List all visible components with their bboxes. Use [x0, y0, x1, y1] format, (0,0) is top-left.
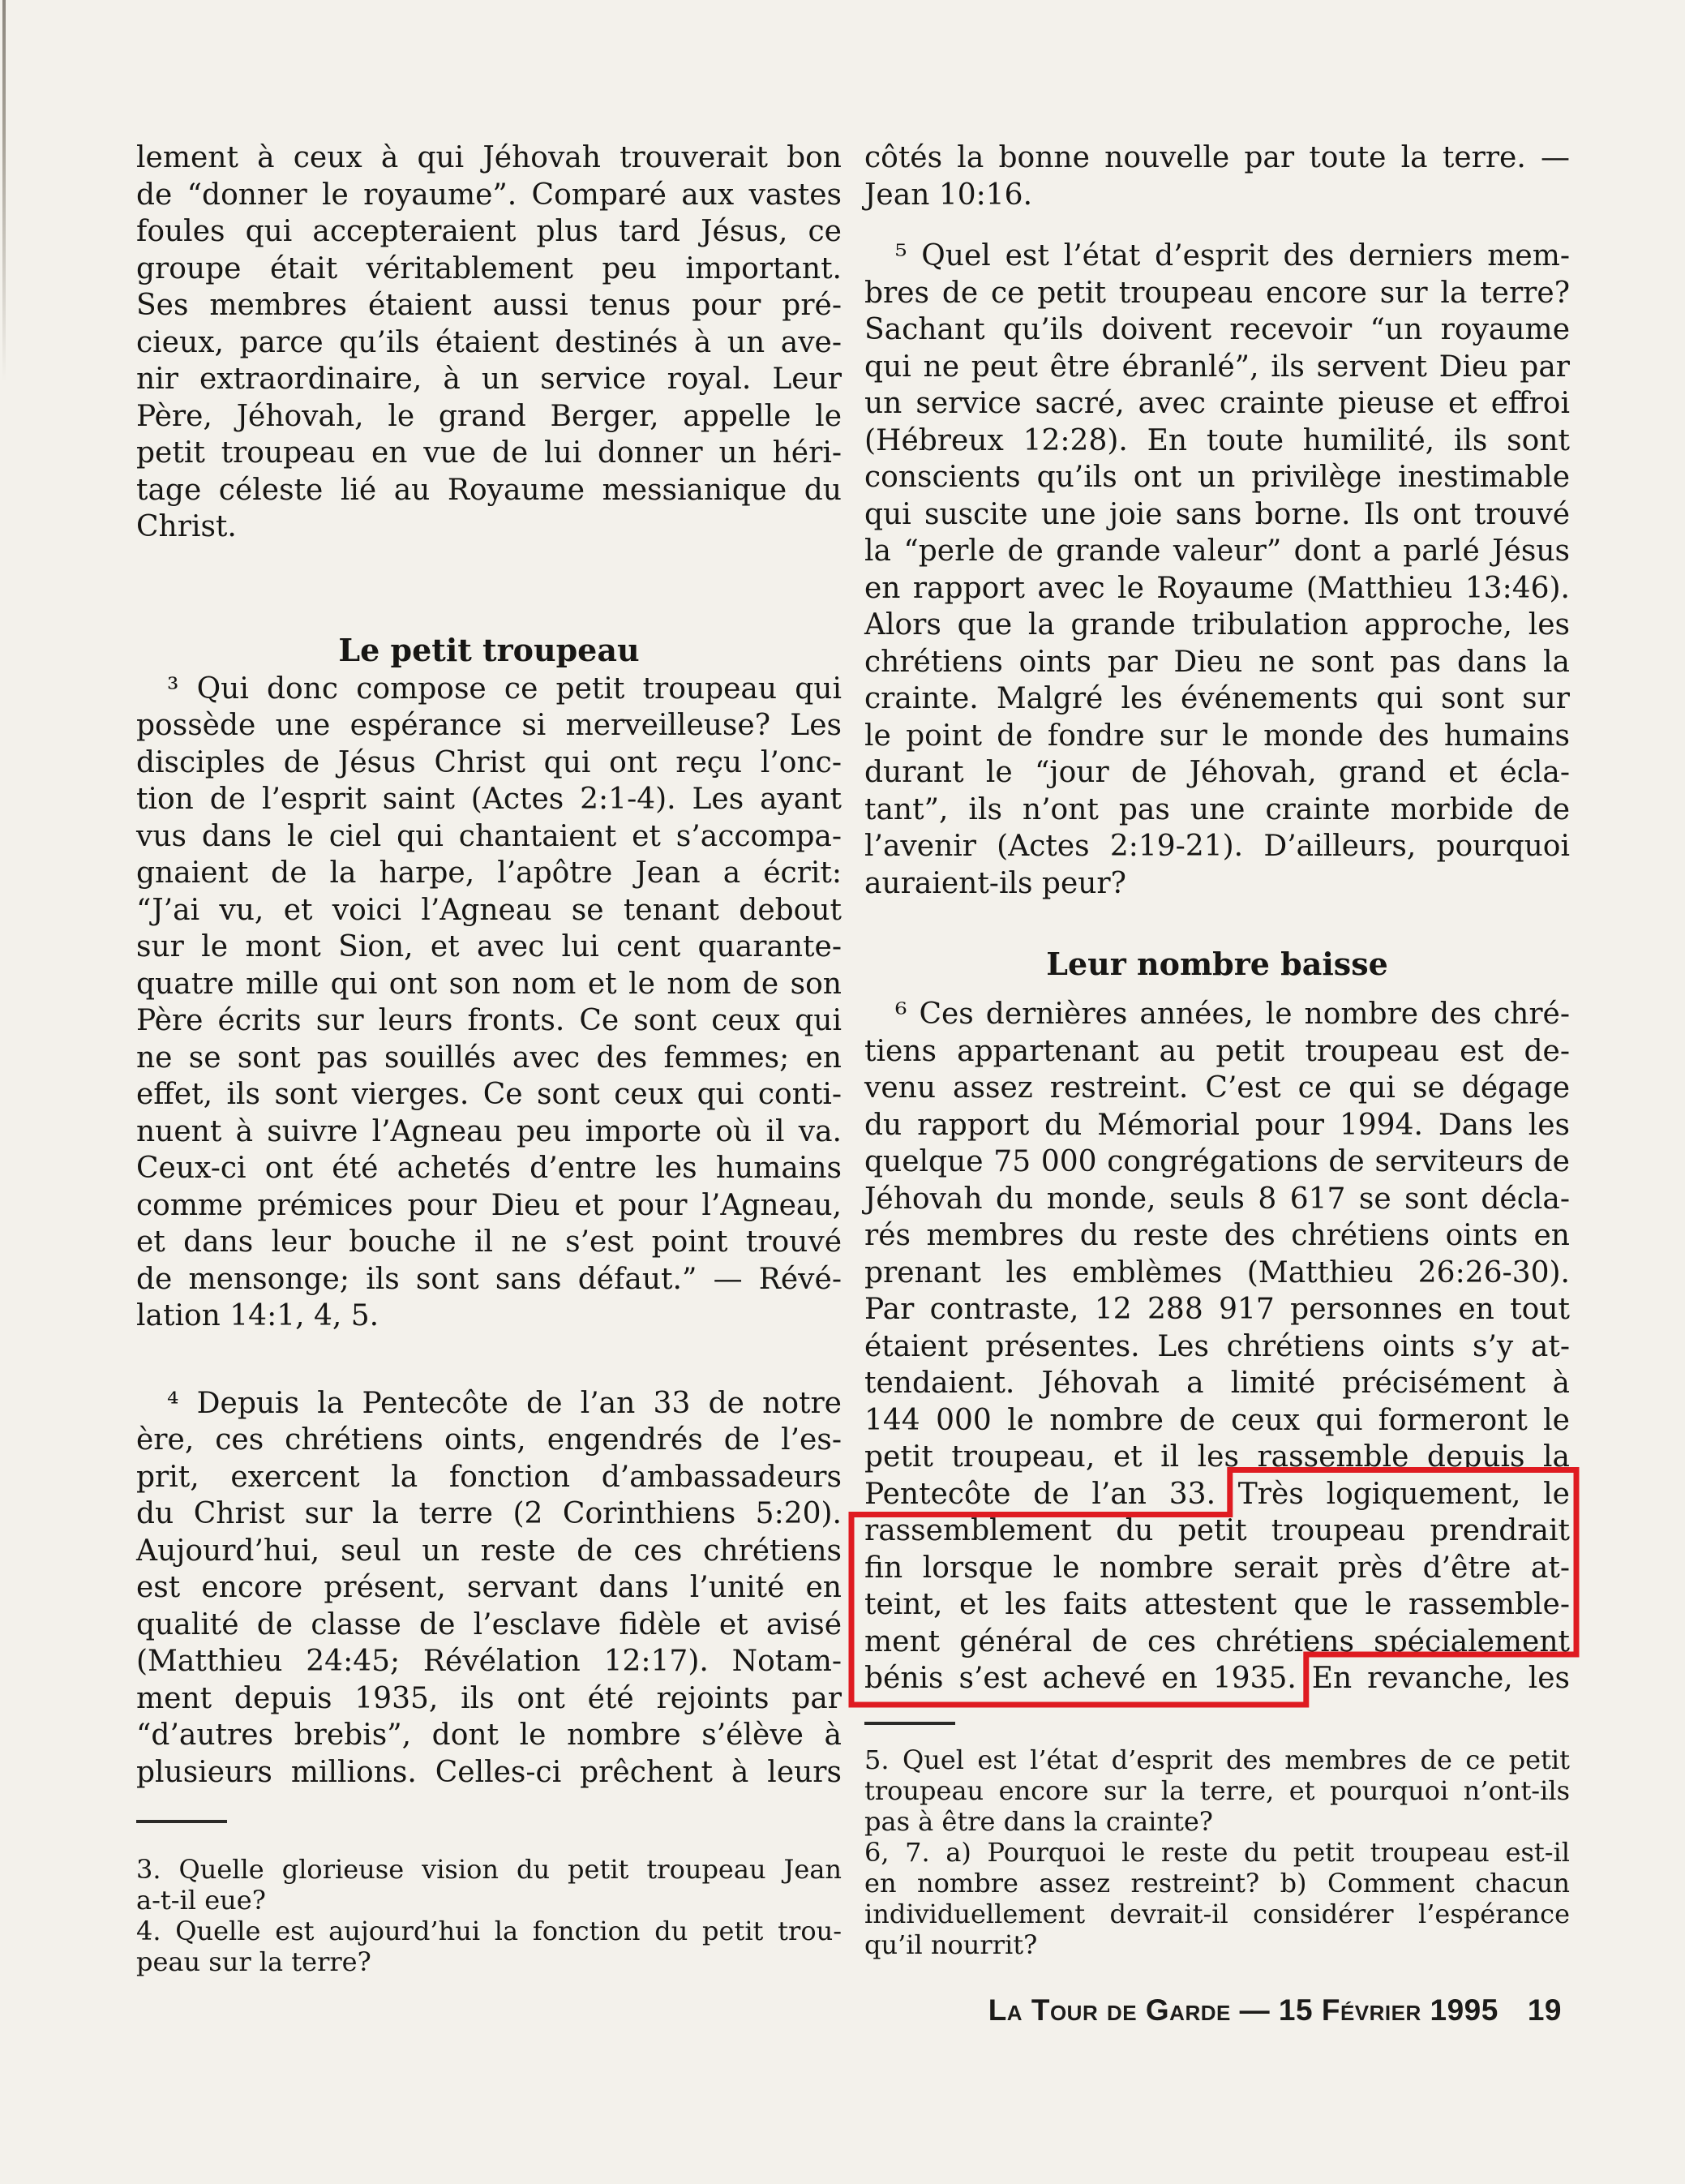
text-line: 5. Quel est l’état d’esprit des membres … [864, 1744, 1570, 1775]
text-line: Aujourd’hui, seul un reste de ces chréti… [136, 1533, 842, 1570]
text-line: Par contraste, 12 288 917 personnes en t… [864, 1291, 1570, 1328]
footnote-5: 5. Quel est l’état d’esprit des membres … [864, 1744, 1570, 1837]
text-line: étaient présentes. Les chrétiens oints s… [864, 1328, 1570, 1366]
text-line: disciples de Jésus Christ qui ont reçu l… [136, 744, 842, 782]
text-line: tendaient. Jéhovah a limité précisément … [864, 1365, 1570, 1402]
text-line: du rapport du Mémorial pour 1994. Dans l… [864, 1107, 1570, 1144]
page-footer: La Tour de Garde — 15 Février 199519 [864, 1993, 1562, 2027]
text-line: qu’il nourrit? [864, 1929, 1570, 1960]
text-line: troupeau encore sur la terre, et pourquo… [864, 1775, 1570, 1806]
text-line: quatre mille qui ont son nom et le nom d… [136, 966, 842, 1003]
scan-crease-artifact [2, 0, 6, 381]
text-line: quelque 75 000 congrégations de serviteu… [864, 1143, 1570, 1181]
text-line: (Hébreux 12:28). En toute humilité, ils … [864, 423, 1570, 460]
text-line: Ceux-ci ont été achetés d’entre les huma… [136, 1150, 842, 1187]
text-line: la “perle de grande valeur” dont a parlé… [864, 533, 1570, 570]
text-line: tant”, ils n’ont pas une crainte morbide… [864, 792, 1570, 829]
text-line: crainte. Malgré les événements qui sont … [864, 680, 1570, 718]
text-line: rés membres du reste des chrétiens oints… [864, 1217, 1570, 1255]
text-line: qui suscite une joie sans borne. Ils ont… [864, 496, 1570, 534]
text-line: peau sur la terre? [136, 1946, 842, 1977]
text-line: cieux, parce qu’ils étaient destinés à u… [136, 324, 842, 362]
journal-name-and-date: La Tour de Garde — 15 Février 1995 [988, 1993, 1498, 2027]
text-line: nuent à suivre l’Agneau peu importe où i… [136, 1113, 842, 1151]
text-line: sur le mont Sion, et avec lui cent quara… [136, 929, 842, 966]
text-line: un service sacré, avec crainte pieuse et… [864, 385, 1570, 423]
text-line: rassemblement du petit troupeau prendrai… [864, 1512, 1570, 1550]
text-line: côtés la bonne nouvelle par toute la ter… [864, 139, 1570, 177]
text-line: ⁵ Quel est l’état d’esprit des derniers … [864, 238, 1570, 275]
section-heading-leur-nombre-baisse: Leur nombre baisse [864, 944, 1570, 985]
paragraph-6: ⁶ Ces dernières années, le nombre des ch… [864, 996, 1570, 1697]
text-line: qui ne peut être ébranlé”, ils servent D… [864, 349, 1570, 386]
text-line: plusieurs millions. Celles-ci prêchent à… [136, 1754, 842, 1791]
text-line: a-t-il eue? [136, 1885, 842, 1916]
text-line: petit troupeau en vue de lui donner un h… [136, 435, 842, 472]
text-line: l’avenir (Actes 2:19-21). D’ailleurs, po… [864, 828, 1570, 865]
text-line: en rapport avec le Royaume (Matthieu 13:… [864, 570, 1570, 607]
text-line: Père, Jéhovah, le grand Berger, appelle … [136, 398, 842, 436]
text-line: effet, ils sont vierges. Ce sont ceux qu… [136, 1076, 842, 1113]
text-line: Jean 10:16. [864, 177, 1570, 214]
text-line: ³ Qui donc compose ce petit troupeau qui [136, 671, 842, 708]
text-line: le point de fondre sur le monde des huma… [864, 718, 1570, 755]
text-line: durant le “jour de Jéhovah, grand et écl… [864, 754, 1570, 792]
text-line: possède une espérance si merveilleuse? L… [136, 707, 842, 744]
text-line: ment depuis 1935, ils ont été rejoints p… [136, 1680, 842, 1718]
paragraph-5: ⁵ Quel est l’état d’esprit des derniers … [864, 238, 1570, 902]
text-line: chrétiens oints par Dieu ne sont pas dan… [864, 644, 1570, 681]
text-line: conscients qu’ils ont un privilège inest… [864, 459, 1570, 496]
text-line: Jéhovah du monde, seuls 8 617 se sont dé… [864, 1181, 1570, 1218]
text-line: ⁴ Depuis la Pentecôte de l’an 33 de notr… [136, 1385, 842, 1422]
text-line: qualité de classe de l’esclave fidèle et… [136, 1607, 842, 1644]
text-line: et dans leur bouche il ne s’est point tr… [136, 1224, 842, 1261]
left-column: lement à ceux à qui Jéhovah trouverait b… [136, 139, 842, 1977]
text-line: gnaient de la harpe, l’apôtre Jean a écr… [136, 855, 842, 892]
text-line: en nombre assez restreint? b) Comment ch… [864, 1868, 1570, 1899]
text-line: foules qui accepteraient plus tard Jésus… [136, 213, 842, 251]
footnote-3: 3. Quelle glorieuse vision du petit trou… [136, 1854, 842, 1916]
text-line: bénis s’est achevé en 1935. En revanche,… [864, 1660, 1570, 1697]
text-line: Alors que la grande tribulation approche… [864, 607, 1570, 644]
paragraph-1-continuation: lement à ceux à qui Jéhovah trouverait b… [136, 139, 842, 546]
text-line: venu assez restreint. C’est ce qui se dé… [864, 1070, 1570, 1107]
text-line: individuellement devrait-il considérer l… [864, 1899, 1570, 1929]
text-line: “d’autres brebis”, dont le nombre s’élèv… [136, 1717, 842, 1754]
highlighted-text: bénis s’est achevé en 1935. [864, 1662, 1297, 1695]
text-line: nir extraordinaire, à un service royal. … [136, 361, 842, 398]
footnote-divider [136, 1820, 227, 1823]
text-line: prenant les emblèmes (Matthieu 26:26-30)… [864, 1255, 1570, 1292]
page-number: 19 [1528, 1993, 1562, 2027]
text-line: vus dans le ciel qui chantaient et s’acc… [136, 818, 842, 856]
text-line: teint, et les faits attestent que le ras… [864, 1586, 1570, 1624]
highlighted-text: Très logiquement, le [1238, 1478, 1570, 1511]
text-line: comme prémices pour Dieu et pour l’Agnea… [136, 1187, 842, 1225]
text-line: 4. Quelle est aujourd’hui la fonction du… [136, 1916, 842, 1946]
paragraph-3: ³ Qui donc compose ce petit troupeau qui… [136, 671, 842, 1335]
footnote-4: 4. Quelle est aujourd’hui la fonction du… [136, 1916, 842, 1977]
text-line: Sachant qu’ils doivent recevoir “un roya… [864, 311, 1570, 349]
text-line: “J’ai vu, et voici l’Agneau se tenant de… [136, 892, 842, 929]
text-line: petit troupeau, et il les rassemble depu… [864, 1439, 1570, 1476]
text-line: tion de l’esprit saint (Actes 2:1-4). Le… [136, 781, 842, 818]
text-line: Ses membres étaient aussi tenus pour pré… [136, 287, 842, 324]
text-line: du Christ sur la terre (2 Corinthiens 5:… [136, 1495, 842, 1533]
text-line: bres de ce petit troupeau encore sur la … [864, 275, 1570, 312]
paragraph-4: ⁴ Depuis la Pentecôte de l’an 33 de notr… [136, 1385, 842, 1791]
paragraph-4-continuation: côtés la bonne nouvelle par toute la ter… [864, 139, 1570, 213]
text-line: lement à ceux à qui Jéhovah trouverait b… [136, 139, 842, 177]
text-line: de “donner le royaume”. Comparé aux vast… [136, 177, 842, 214]
footnote-divider [864, 1722, 955, 1725]
footnotes-right: 5. Quel est l’état d’esprit des membres … [864, 1744, 1570, 1960]
text-line: ment général de ces chrétiens spécialeme… [864, 1624, 1570, 1661]
text-line: prit, exercent la fonction d’ambassadeur… [136, 1459, 842, 1496]
text-line: 144 000 le nombre de ceux qui formeront … [864, 1402, 1570, 1440]
text-line: 6, 7. a) Pourquoi le reste du petit trou… [864, 1837, 1570, 1868]
text-line: de mensonge; ils sont sans défaut.” — Ré… [136, 1261, 842, 1298]
section-heading-le-petit-troupeau: Le petit troupeau [136, 630, 842, 671]
text-line: ère, ces chrétiens oints, engendrés de l… [136, 1422, 842, 1459]
footnotes-left: 3. Quelle glorieuse vision du petit trou… [136, 1854, 842, 1977]
text-line: est encore présent, servant dans l’unité… [136, 1569, 842, 1607]
text-line: ne se sont pas souillés avec des femmes;… [136, 1040, 842, 1077]
text-line: pas à être dans la crainte? [864, 1806, 1570, 1837]
text-line: 3. Quelle glorieuse vision du petit trou… [136, 1854, 842, 1885]
text-line: fin lorsque le nombre serait près d’être… [864, 1550, 1570, 1587]
text-line: auraient-ils peur? [864, 865, 1570, 903]
text-line: tage céleste lié au Royaume messianique … [136, 472, 842, 509]
magazine-page-scan: lement à ceux à qui Jéhovah trouverait b… [0, 0, 1685, 2184]
text-line: groupe était véritablement peu important… [136, 251, 842, 288]
right-column: côtés la bonne nouvelle par toute la ter… [864, 139, 1570, 1960]
footnote-6-7: 6, 7. a) Pourquoi le reste du petit trou… [864, 1837, 1570, 1960]
text-line: Christ. [136, 508, 842, 546]
text-line: ⁶ Ces dernières années, le nombre des ch… [864, 996, 1570, 1033]
text-line: (Matthieu 24:45; Révélation 12:17). Nota… [136, 1643, 842, 1680]
text-line: Pentecôte de l’an 33. Très logiquement, … [864, 1476, 1570, 1513]
text-line: lation 14:1, 4, 5. [136, 1298, 842, 1335]
text-line: tiens appartenant au petit troupeau est … [864, 1033, 1570, 1071]
text-line: Père écrits sur leurs fronts. Ce sont ce… [136, 1002, 842, 1040]
